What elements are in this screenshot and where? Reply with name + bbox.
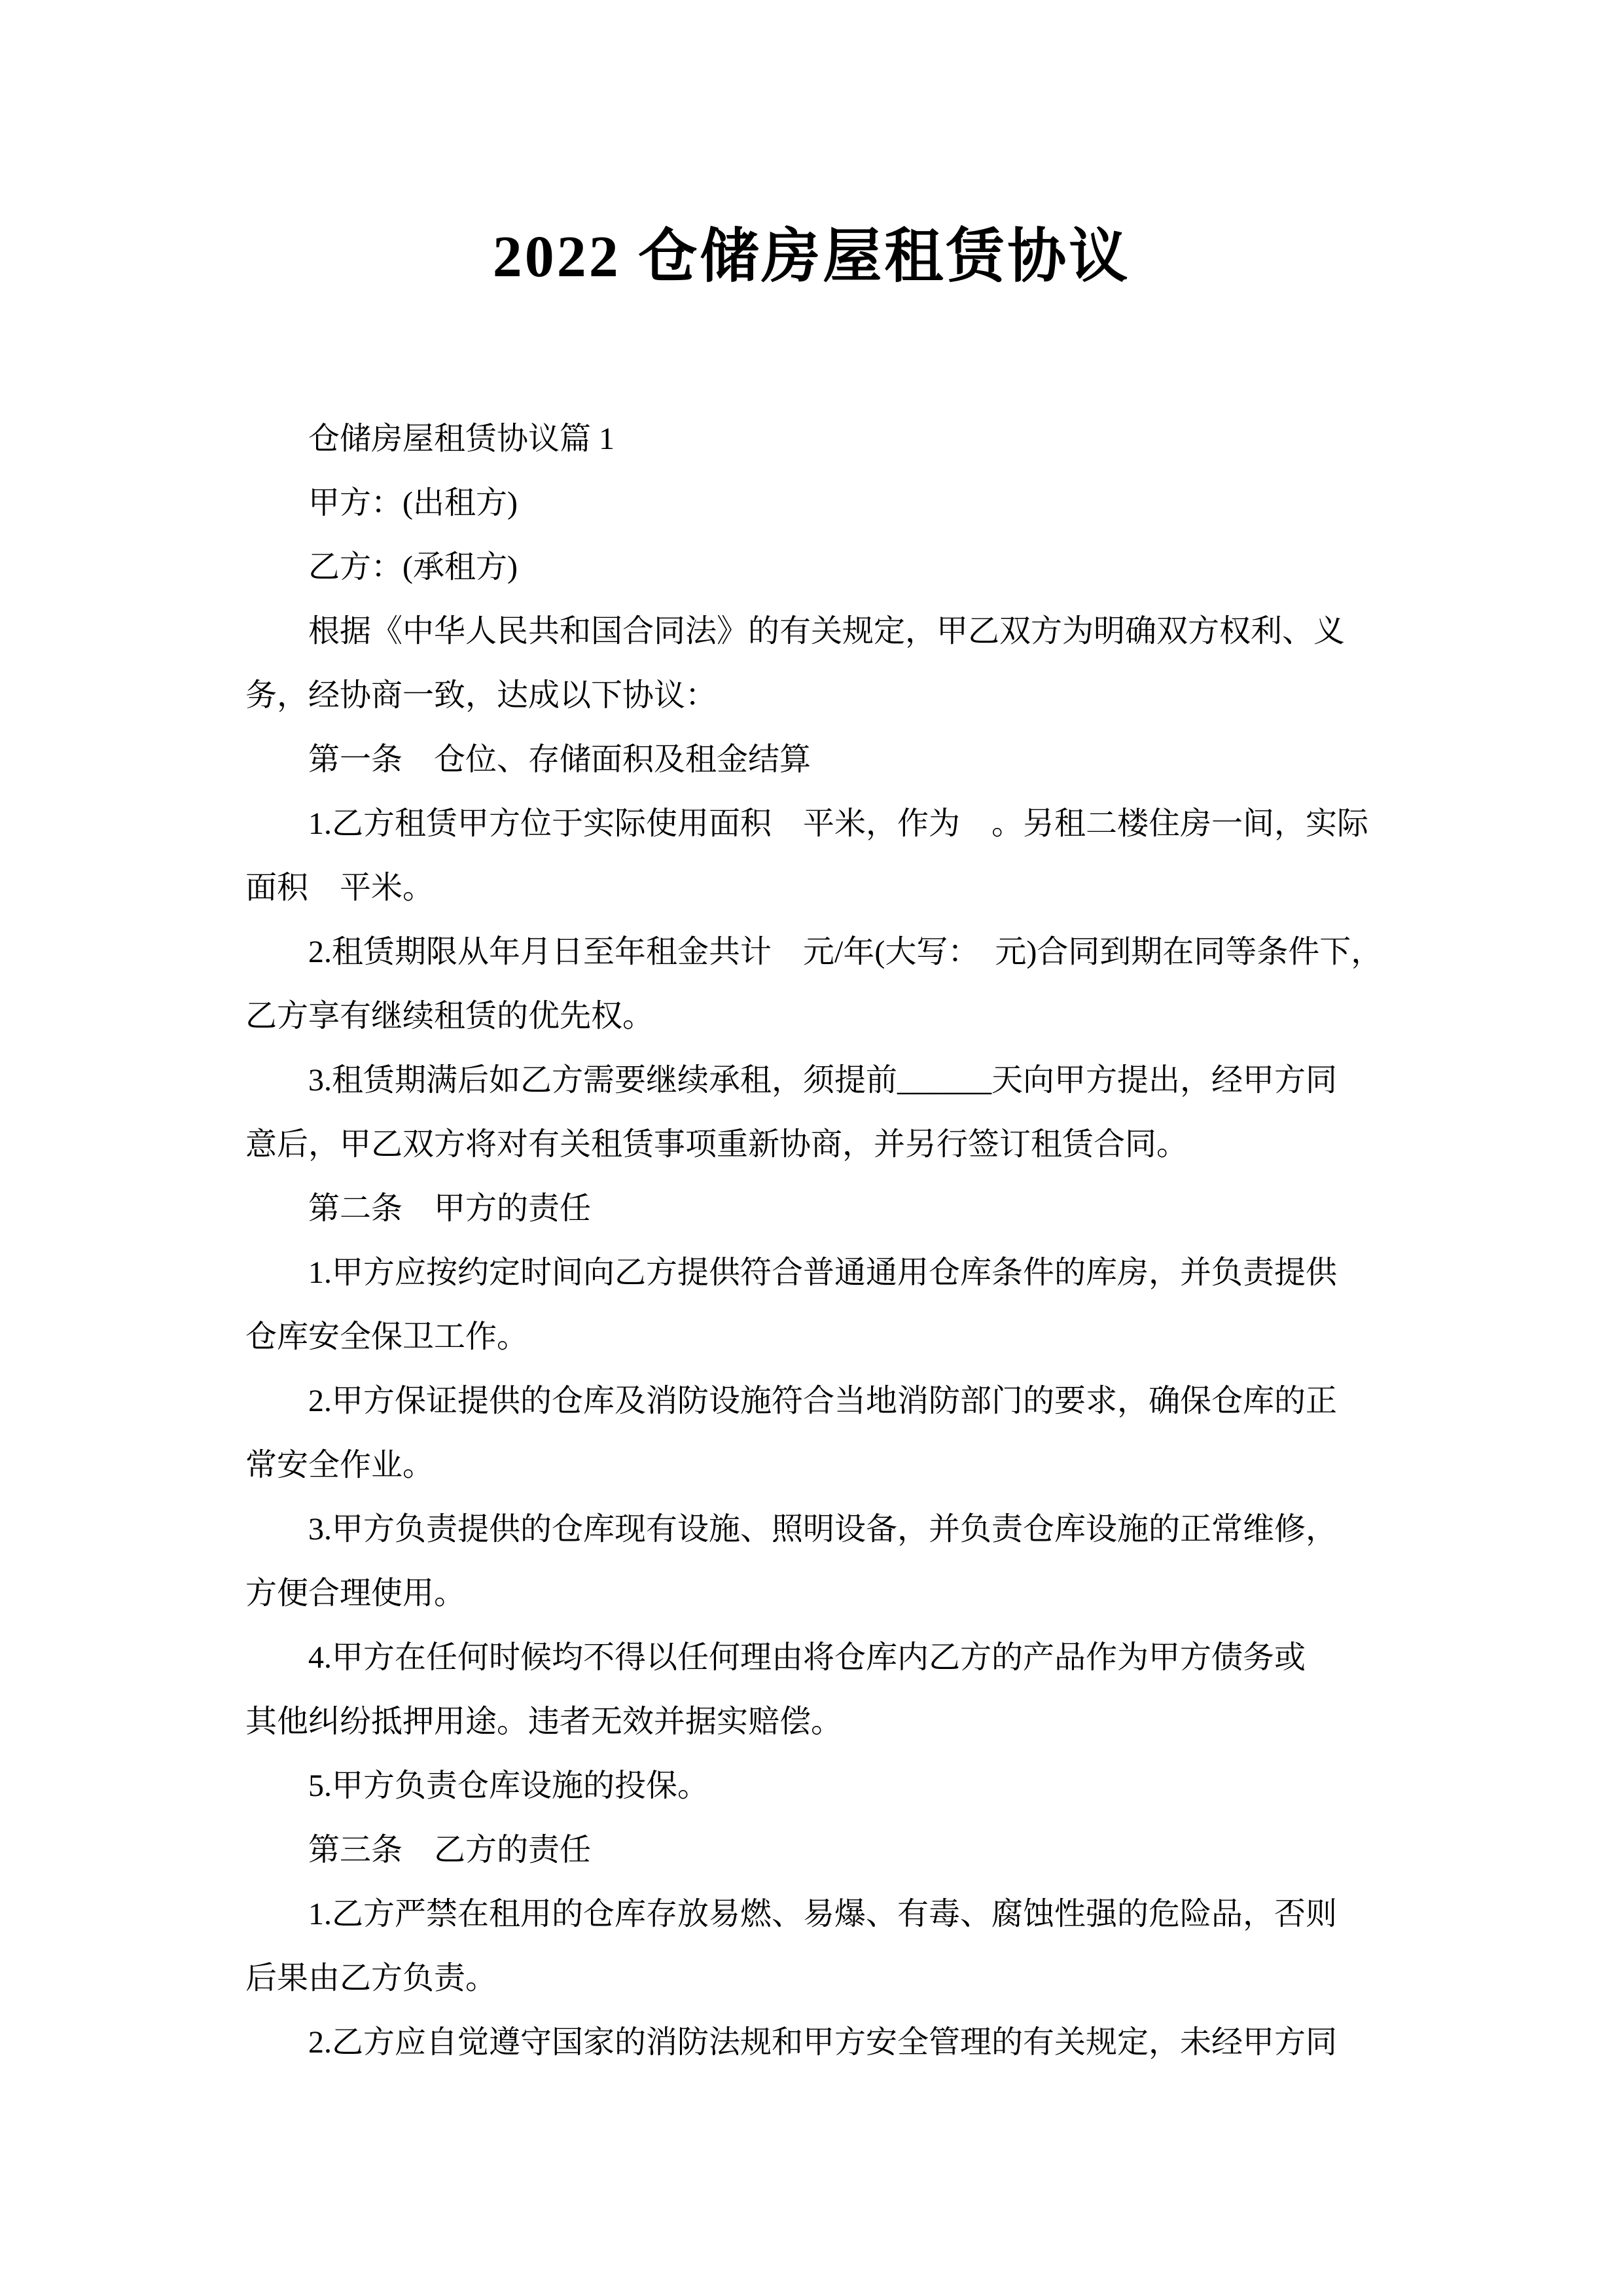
text-line: 1.甲方应按约定时间向乙方提供符合普通通用仓库条件的库房，并负责提供 bbox=[245, 1241, 1384, 1305]
text-line: 2.甲方保证提供的仓库及消防设施符合当地消防部门的要求，确保仓库的正 bbox=[245, 1369, 1384, 1433]
text-line: 甲方：(出租方) bbox=[245, 471, 1384, 535]
text-line: 第一条 仓位、存储面积及租金结算 bbox=[245, 728, 1384, 792]
document-body: 仓储房屋租赁协议篇 1甲方：(出租方)乙方：(承租方)根据《中华人民共和国合同法… bbox=[245, 407, 1384, 2075]
document-title: 2022 仓储房屋租赁协议 bbox=[0, 208, 1623, 293]
text-line: 其他纠纷抵押用途。违者无效并据实赔偿。 bbox=[245, 1690, 1384, 1754]
text-line: 1.乙方租赁甲方位于实际使用面积 平米，作为 。另租二楼住房一间，实际 bbox=[245, 792, 1384, 856]
text-line: 4.甲方在任何时候均不得以任何理由将仓库内乙方的产品作为甲方债务或 bbox=[245, 1626, 1384, 1690]
text-line: 面积 平米。 bbox=[245, 856, 1384, 920]
text-line: 第三条 乙方的责任 bbox=[245, 1818, 1384, 1882]
text-line: 2.租赁期限从年月日至年租金共计 元/年(大写： 元)合同到期在同等条件下， bbox=[245, 920, 1384, 984]
text-line: 务，经协商一致，达成以下协议： bbox=[245, 664, 1384, 728]
text-line: 仓储房屋租赁协议篇 1 bbox=[245, 407, 1384, 471]
text-line: 根据《中华人民共和国合同法》的有关规定，甲乙双方为明确双方权利、义 bbox=[245, 600, 1384, 664]
text-line: 仓库安全保卫工作。 bbox=[245, 1305, 1384, 1369]
text-line: 后果由乙方负责。 bbox=[245, 1946, 1384, 2011]
text-line: 3.租赁期满后如乙方需要继续承租，须提前______天向甲方提出，经甲方同 bbox=[245, 1049, 1384, 1113]
text-line: 方便合理使用。 bbox=[245, 1562, 1384, 1626]
text-line: 第二条 甲方的责任 bbox=[245, 1177, 1384, 1241]
text-line: 3.甲方负责提供的仓库现有设施、照明设备，并负责仓库设施的正常维修， bbox=[245, 1498, 1384, 1562]
text-line: 1.乙方严禁在租用的仓库存放易燃、易爆、有毒、腐蚀性强的危险品，否则 bbox=[245, 1882, 1384, 1946]
text-line: 意后，甲乙双方将对有关租赁事项重新协商，并另行签订租赁合同。 bbox=[245, 1113, 1384, 1177]
text-line: 常安全作业。 bbox=[245, 1433, 1384, 1498]
text-line: 乙方：(承租方) bbox=[245, 535, 1384, 600]
text-line: 5.甲方负责仓库设施的投保。 bbox=[245, 1754, 1384, 1818]
document-page: 2022 仓储房屋租赁协议 仓储房屋租赁协议篇 1甲方：(出租方)乙方：(承租方… bbox=[0, 0, 1623, 2296]
text-line: 乙方享有继续租赁的优先权。 bbox=[245, 984, 1384, 1049]
text-line: 2.乙方应自觉遵守国家的消防法规和甲方安全管理的有关规定，未经甲方同 bbox=[245, 2011, 1384, 2075]
